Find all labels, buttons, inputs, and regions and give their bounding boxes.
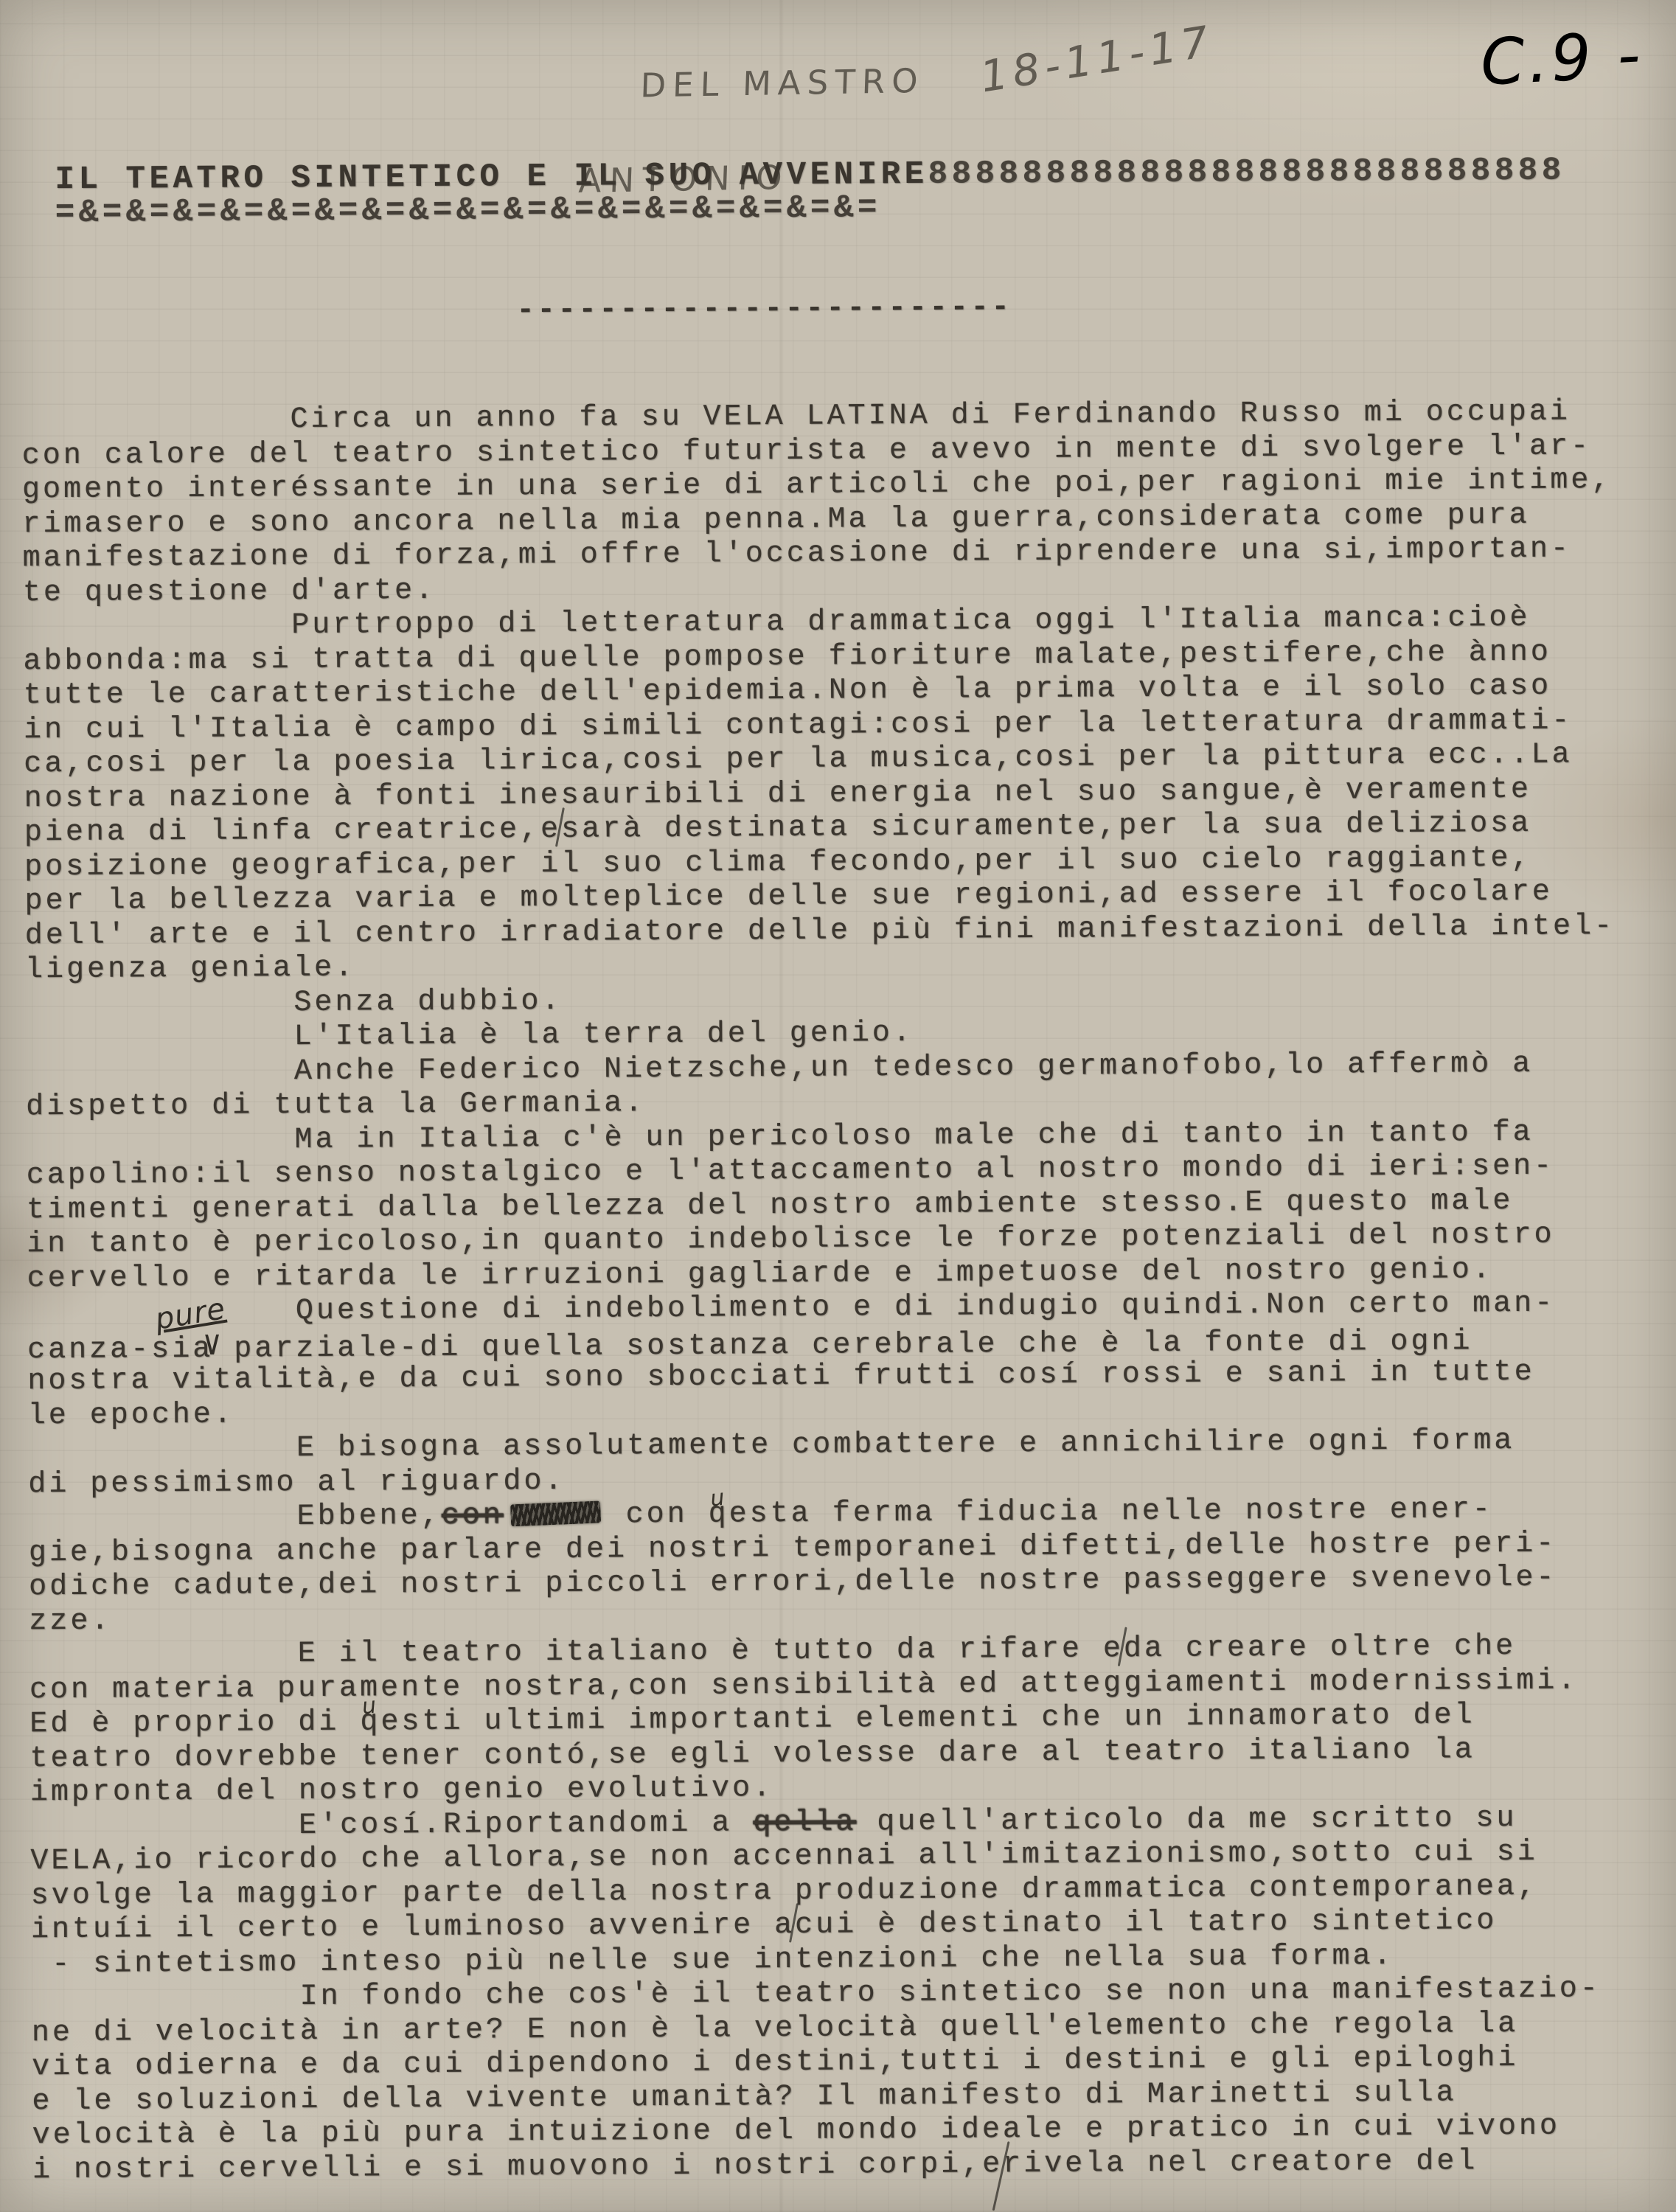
text-span: sarà destinata sicuramente,per la sua de… <box>561 807 1531 846</box>
text-span: cui è destinato il tatro sintetico <box>795 1905 1497 1942</box>
text-span: i nostri cervelli e si muovono i nostri … <box>32 2148 1003 2187</box>
struck-text: qella <box>753 1806 856 1840</box>
separator-dashes: ------------------------ <box>516 291 1012 327</box>
text-span: quell'articolo da me scritto su <box>856 1801 1517 1838</box>
typed-body: Circa un anno fa su VELA LATINA di Ferdi… <box>21 395 1622 2188</box>
text-span: intuíi il certo e luminoso avvenire a <box>31 1909 795 1947</box>
text-span: Ebbene, <box>28 1500 441 1535</box>
text-span: con <box>605 1498 709 1532</box>
text-span: canza-sia <box>27 1332 213 1367</box>
scribble-redaction <box>510 1500 601 1526</box>
text-span: E il teatro italiano è tutto da rifare e <box>29 1632 1124 1672</box>
text-span: qesta ferma fiducia nelle nostre ener- <box>709 1493 1493 1531</box>
text-span: rivela nel creatore del <box>1003 2145 1478 2181</box>
text-span: E'cosí.Riportandomi a <box>30 1806 753 1844</box>
typed-layer: IL TEATRO SINTETICO E IL SUO AVVENIRE888… <box>0 0 1676 2212</box>
text-span: qesti ultimi importanti elementi che un … <box>360 1699 1475 1739</box>
struck-text: con <box>442 1499 504 1533</box>
text-span: Ed è proprio di <box>29 1706 360 1742</box>
title-underline-ampersands: =&=&=&=&=&=&=&=&=&=&=&=&=&=&=&=&=&= <box>55 189 881 232</box>
manuscript-page: DEL MASTRO ANTONIO 18-11-17 C.9 - IL TEA… <box>0 0 1676 2212</box>
text-span: da creare oltre che <box>1124 1630 1516 1666</box>
text-span: piena di linfa creatrice,e <box>24 813 561 849</box>
title-trailer-eights: 888888888888888888888888888 <box>928 153 1565 193</box>
